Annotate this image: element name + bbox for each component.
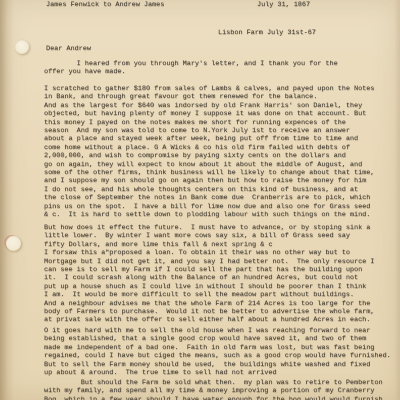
letter-paragraph-finances: I scratched to gather $180 from sales of…	[44, 85, 374, 220]
letter-paragraph-opening: I heared from you through Mary's letter,…	[44, 60, 338, 77]
letter-salutation: Dear Andrew	[46, 45, 91, 53]
letter-paragraph-selling: O it goes hard with me to sell the old h…	[44, 327, 391, 377]
header-date: July 31, 1867	[257, 1, 310, 9]
hole-punch-top	[15, 40, 29, 54]
letter-dateline: Lisbon Farm July 31st-67	[218, 29, 316, 37]
header-correspondents: James Fenwick to Andrew James	[46, 1, 164, 9]
letter-paragraph-plan: But should the Farm be sold what then. m…	[44, 379, 383, 400]
letter-paragraph-future: But how does it effect the future. I mus…	[44, 224, 374, 325]
hole-punch-middle	[6, 236, 21, 251]
page-right-edge-shadow	[394, 0, 400, 400]
letter-page: James Fenwick to Andrew James July 31, 1…	[0, 0, 400, 400]
page-left-edge-shadow	[0, 0, 14, 400]
